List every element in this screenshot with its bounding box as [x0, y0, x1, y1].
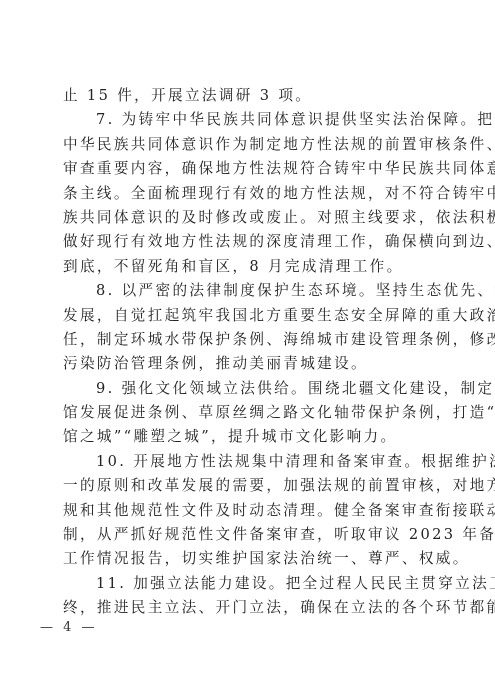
body-text: 止 15 件，开展立法调研 3 项。 7. 为铸牢中华民族共同体意识提供坚实法治…: [63, 84, 431, 621]
text-line: 任，制定环城水带保护条例、海绵城市建设管理条例，修改大气: [63, 328, 431, 352]
text-line: 10. 开展地方性法规集中清理和备案审查。根据维护法治统: [63, 450, 431, 474]
text-line: 馆发展促进条例、草原丝绸之路文化轴带保护条例，打造“博物: [63, 401, 431, 425]
text-line: 条主线。全面梳理现行有效的地方性法规，对不符合铸牢中华民: [63, 182, 431, 206]
text-line: 8. 以严密的法律制度保护生态环境。坚持生态优先、绿色: [63, 279, 431, 303]
text-line: 发展，自觉扛起筑牢我国北方重要生态安全屏障的重大政治责: [63, 304, 431, 328]
text-line: 9. 强化文化领域立法供给。围绕北疆文化建设，制定博物: [63, 377, 431, 401]
text-line: 止 15 件，开展立法调研 3 项。: [63, 84, 431, 108]
text-line: 规和其他规范性文件及时动态清理。健全备案审查衔接联动机: [63, 499, 431, 523]
text-line: 终，推进民主立法、开门立法，确保在立法的各个环节都能听到: [63, 596, 431, 620]
text-line: 7. 为铸牢中华民族共同体意识提供坚实法治保障。把铸牢: [63, 108, 431, 132]
text-line: 工作情况报告，切实维护国家法治统一、尊严、权威。: [63, 547, 431, 571]
text-line: 审查重要内容，确保地方性法规符合铸牢中华民族共同体意识这: [63, 157, 431, 181]
text-line: 一的原则和改革发展的需要，加强法规的前置审核，对地方性法: [63, 474, 431, 498]
page-number: — 4 —: [40, 620, 98, 635]
document-page: 止 15 件，开展立法调研 3 项。 7. 为铸牢中华民族共同体意识提供坚实法治…: [0, 0, 495, 700]
text-line: 污染防治管理条例，推动美丽青城建设。: [63, 352, 431, 376]
text-line: 11. 加强立法能力建设。把全过程人民民主贯穿立法工作始: [63, 572, 431, 596]
text-line: 族共同体意识的及时修改或废止。对照主线要求，依法积极稳慎: [63, 206, 431, 230]
text-line: 中华民族共同体意识作为制定地方性法规的前置审核条件、备案: [63, 133, 431, 157]
text-line: 到底，不留死角和盲区，8 月完成清理工作。: [63, 255, 431, 279]
text-line: 制，从严抓好规范性文件备案审查，听取审议 2023 年备案审查: [63, 523, 431, 547]
text-line: 做好现行有效地方性法规的深度清理工作，确保横向到边、纵向: [63, 230, 431, 254]
text-line: 馆之城”“雕塑之城”，提升城市文化影响力。: [63, 425, 431, 449]
